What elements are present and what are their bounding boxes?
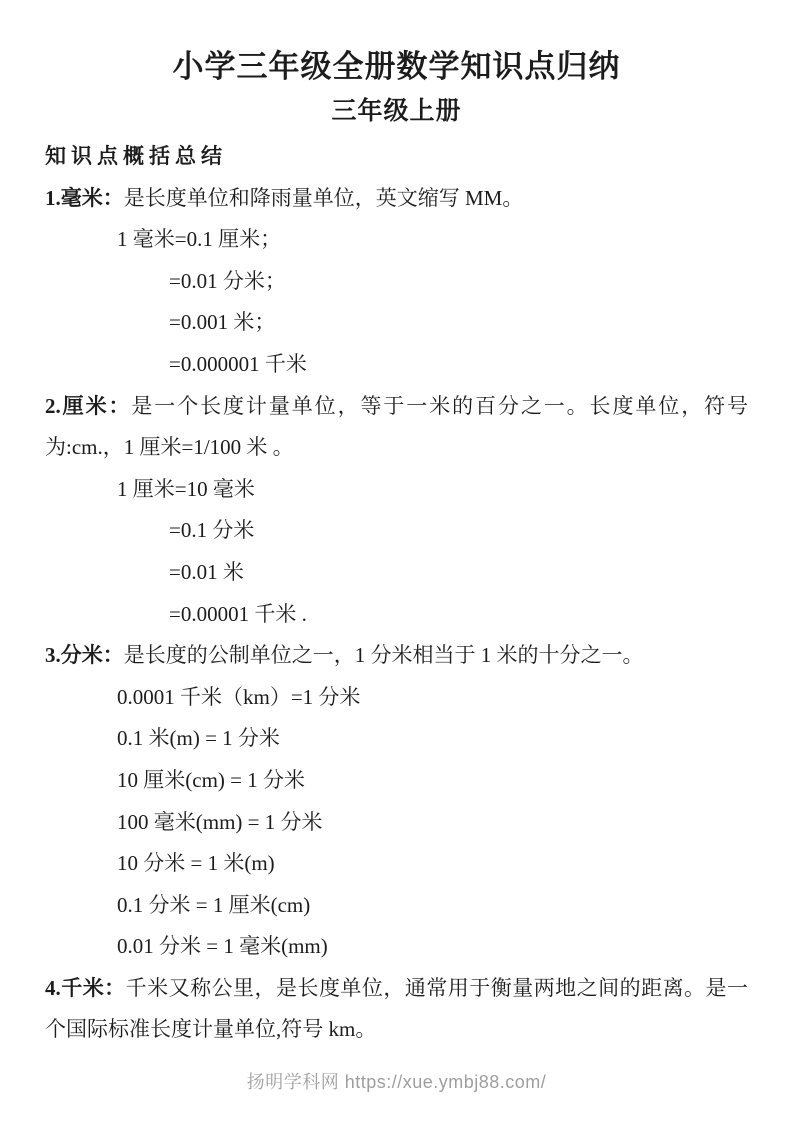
equation-line: 10 分米 = 1 米(m)	[45, 843, 748, 885]
equation-line: 0.0001 千米（km）=1 分米	[45, 677, 748, 719]
document-page: 小学三年级全册数学知识点归纳 三年级上册 知识点概括总结 1.毫米：是长度单位和…	[0, 0, 793, 1122]
term-label: 2.厘米：	[45, 394, 131, 418]
equation-line: 1 毫米=0.1 厘米；	[45, 219, 748, 261]
term-label: 4.千米：	[45, 976, 126, 1000]
document-content: 小学三年级全册数学知识点归纳 三年级上册 知识点概括总结 1.毫米：是长度单位和…	[45, 44, 748, 1051]
equation-line: =0.001 米；	[45, 302, 748, 344]
document-subtitle: 三年级上册	[45, 90, 748, 134]
equation-line: 100 毫米(mm) = 1 分米	[45, 802, 748, 844]
equation-line: =0.01 米	[45, 552, 748, 594]
term-label: 3.分米：	[45, 643, 124, 667]
equation-line: 10 厘米(cm) = 1 分米	[45, 760, 748, 802]
term-definition: 是长度的公制单位之一，1 分米相当于 1 米的十分之一。	[124, 643, 644, 667]
term-paragraph: 1.毫米：是长度单位和降雨量单位，英文缩写 MM。	[45, 178, 748, 220]
term-definition: 是长度单位和降雨量单位，英文缩写 MM。	[124, 186, 524, 210]
section-heading: 知识点概括总结	[45, 136, 748, 178]
document-body: 知识点概括总结 1.毫米：是长度单位和降雨量单位，英文缩写 MM。1 毫米=0.…	[45, 136, 748, 1051]
sections-container: 1.毫米：是长度单位和降雨量单位，英文缩写 MM。1 毫米=0.1 厘米；=0.…	[45, 178, 748, 1051]
equation-line: 1 厘米=10 毫米	[45, 469, 748, 511]
term-paragraph: 4.千米：千米又称公里，是长度单位，通常用于衡量两地之间的距离。是一个国际标准长…	[45, 968, 748, 1051]
equation-line: =0.1 分米	[45, 510, 748, 552]
term-label: 1.毫米：	[45, 186, 124, 210]
equation-line: =0.00001 千米 .	[45, 594, 748, 636]
term-definition: 千米又称公里，是长度单位，通常用于衡量两地之间的距离。是一个国际标准长度计量单位…	[45, 976, 748, 1042]
equation-line: 0.1 分米 = 1 厘米(cm)	[45, 885, 748, 927]
equation-line: =0.000001 千米	[45, 344, 748, 386]
equation-line: =0.01 分米；	[45, 261, 748, 303]
footer-watermark: 扬明学科网 https://xue.ymbj88.com/	[0, 1068, 793, 1094]
document-title: 小学三年级全册数学知识点归纳	[45, 44, 748, 90]
equation-line: 0.1 米(m) = 1 分米	[45, 718, 748, 760]
term-paragraph: 2.厘米：是一个长度计量单位，等于一米的百分之一。长度单位，符号为:cm.，1 …	[45, 386, 748, 469]
term-definition: 是一个长度计量单位，等于一米的百分之一。长度单位，符号为:cm.，1 厘米=1/…	[45, 394, 748, 460]
term-paragraph: 3.分米：是长度的公制单位之一，1 分米相当于 1 米的十分之一。	[45, 635, 748, 677]
equation-line: 0.01 分米 = 1 毫米(mm)	[45, 926, 748, 968]
